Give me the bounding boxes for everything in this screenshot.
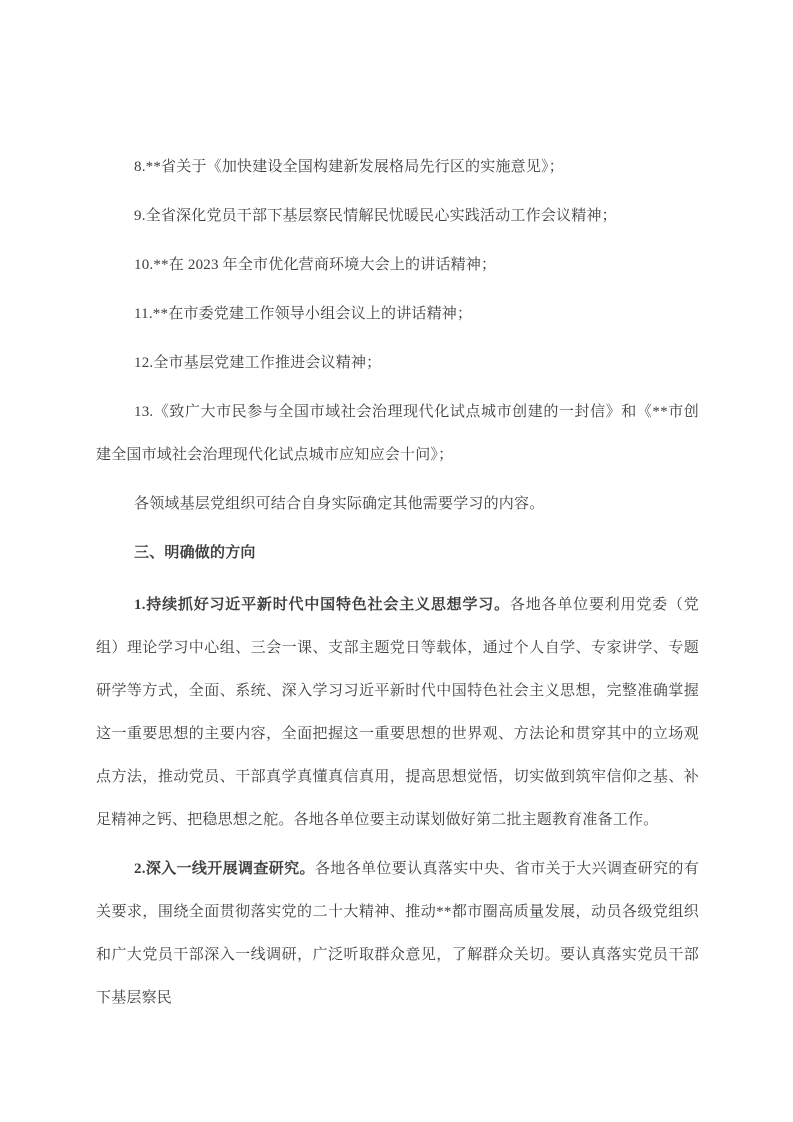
section-heading: 三、明确做的方向 xyxy=(96,532,699,575)
document-page: 8.**省关于《加快建设全国构建新发展格局先行区的实施意见》； 9.全省深化党员… xyxy=(0,0,793,1122)
paragraph-1: 1.持续抓好习近平新时代中国特色社会主义思想学习。各地各单位要利用党委（党组）理… xyxy=(96,584,699,842)
paragraph-1-body: 各地各单位要利用党委（党组）理论学习中心组、三会一课、支部主题党日等载体，通过个… xyxy=(96,597,699,828)
paragraph-2-bold-lead: 2.深入一线开展调查研究。 xyxy=(134,861,315,877)
paragraph-2: 2.深入一线开展调查研究。各地各单位要认真落实中央、省市关于大兴调查研究的有关要… xyxy=(96,848,699,1020)
paragraph-1-bold-lead: 1.持续抓好习近平新时代中国特色社会主义思想学习。 xyxy=(134,597,510,613)
list-item-10: 10.**在 2023 年全市优化营商环境大会上的讲话精神； xyxy=(96,244,699,287)
list-item-11: 11.**在市委党建工作领导小组会议上的讲话精神； xyxy=(96,293,699,336)
list-item-12: 12.全市基层党建工作推进会议精神； xyxy=(96,342,699,385)
paragraph-2-body: 各地各单位要认真落实中央、省市关于大兴调查研究的有关要求，围绕全面贯彻落实党的二… xyxy=(96,861,699,1006)
list-item-9: 9.全省深化党员干部下基层察民情解民忧暖民心实践活动工作会议精神； xyxy=(96,195,699,238)
note-paragraph: 各领域基层党组织可结合自身实际确定其他需要学习的内容。 xyxy=(96,483,699,526)
list-item-8: 8.**省关于《加快建设全国构建新发展格局先行区的实施意见》； xyxy=(96,146,699,189)
list-item-13: 13.《致广大市民参与全国市域社会治理现代化试点城市创建的一封信》和《**市创建… xyxy=(96,391,699,477)
